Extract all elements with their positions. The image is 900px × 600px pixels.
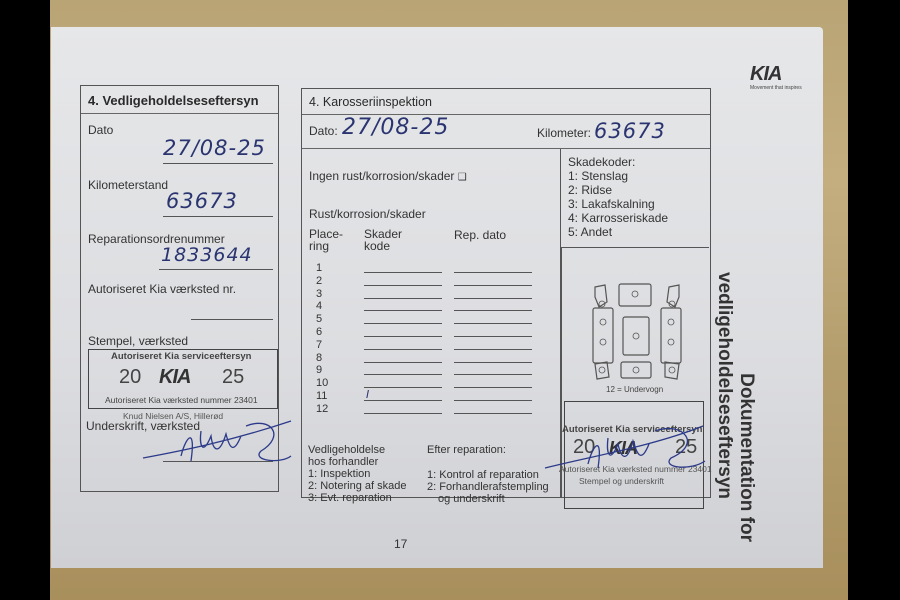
kilometer-value[interactable]: 63673 — [166, 189, 238, 213]
page-number: 17 — [394, 537, 407, 551]
kilometer-field-line — [163, 216, 273, 217]
damage-code-value: I — [366, 388, 370, 401]
repair-date-field[interactable] — [454, 413, 532, 414]
side-title-line-1: Dokumentation for — [735, 272, 757, 572]
date-value[interactable]: 27/08-25 — [342, 115, 449, 140]
row-placement-number: 4 — [316, 300, 322, 312]
stamp-title: Autoriseret Kia serviceeftersyn — [111, 351, 251, 362]
date-label: Dato: — [309, 124, 338, 138]
damage-code-field[interactable] — [364, 310, 442, 311]
maintenance-item: 1: Inspektion — [308, 468, 370, 480]
workshop-number-label: Autoriseret Kia værksted nr. — [88, 282, 236, 296]
signature-scribble — [543, 416, 713, 476]
side-title-line-2: vedligeholdelseseftersyn — [713, 272, 735, 572]
damage-codes-panel: Skadekoder: 1: Stenslag 2: Ridse 3: Laka… — [560, 149, 709, 248]
column-repair-date-header: Rep. dato — [454, 228, 506, 242]
repair-date-field[interactable] — [454, 374, 532, 375]
after-repair-item: 2: Forhandlerafstempling — [427, 481, 549, 493]
after-repair-item: og underskrift — [438, 493, 505, 505]
damage-codes-title: Skadekoder: — [568, 155, 635, 169]
kilometer-label: Kilometerstand — [88, 178, 168, 192]
damage-code-field[interactable] — [364, 272, 442, 273]
row-placement-number: 5 — [316, 313, 322, 325]
stamp-year-left: 20 — [119, 366, 141, 389]
stamp-workshop-number: Autoriseret Kia værksted nummer 23401 — [105, 395, 258, 405]
date-label: Dato — [88, 123, 113, 137]
repair-date-field[interactable] — [454, 272, 532, 273]
side-title: Dokumentation for vedligeholdelsesefters… — [707, 272, 757, 572]
repair-date-field[interactable] — [454, 349, 532, 350]
row-placement-number: 3 — [316, 288, 322, 300]
row-placement-number: 12 — [316, 403, 328, 415]
damage-label: Rust/korrosion/skader — [309, 207, 426, 221]
column-damage-code-header: Skaderkode — [364, 228, 402, 252]
row-placement-number: 8 — [316, 352, 322, 364]
no-damage-checkbox[interactable]: ❑ — [458, 172, 467, 183]
repair-date-field[interactable] — [454, 400, 532, 401]
maintenance-inspection-box: 4. Vedligeholdelseseftersyn Dato 27/08-2… — [80, 85, 279, 492]
damage-code-field[interactable] — [364, 298, 442, 299]
row-placement-number: 1 — [316, 262, 322, 274]
stamp-footer: Stempel og underskrift — [579, 476, 664, 486]
row-placement-number: 9 — [316, 364, 322, 376]
no-damage-label: Ingen rust/korrosion/skader ❑ — [309, 169, 467, 183]
damage-code-field[interactable] — [364, 323, 442, 324]
kilometer-label: Kilometer: — [537, 126, 591, 140]
row-placement-number: 11 — [316, 390, 327, 402]
damage-code-field[interactable] — [364, 349, 442, 350]
service-booklet-page: 4. Vedligeholdelseseftersyn Dato 27/08-2… — [51, 27, 823, 568]
damage-code-item: 5: Andet — [568, 225, 612, 239]
damage-code-item: 3: Lakafskalning — [568, 197, 655, 211]
damage-code-item: 1: Stenslag — [568, 169, 628, 183]
date-field-line — [163, 163, 273, 164]
after-repair-item: 1: Kontrol af reparation — [427, 469, 539, 481]
row-placement-number: 6 — [316, 326, 322, 338]
damage-code-field[interactable] — [364, 336, 442, 337]
damage-code-field[interactable] — [364, 374, 442, 375]
repair-order-value[interactable]: 1833644 — [161, 244, 253, 266]
body-inspection-box: 4. Karosseriinspektion Dato: 27/08-25 Ki… — [301, 88, 711, 498]
brand-tagline: Movement that inspires — [750, 85, 802, 91]
damage-code-field[interactable] — [364, 285, 442, 286]
stamp-label: Stempel, værksted — [88, 334, 188, 348]
damage-code-item: 2: Ridse — [568, 183, 612, 197]
column-placement-header: Place-ring — [309, 228, 343, 252]
repair-date-field[interactable] — [454, 336, 532, 337]
workshop-stamp: Autoriseret Kia serviceeftersyn 20 KIA 2… — [88, 349, 278, 409]
damage-code-field[interactable] — [364, 387, 442, 388]
maintenance-title: Vedligeholdelse — [308, 444, 385, 456]
repair-order-field-line — [159, 269, 273, 270]
workshop-number-line — [191, 319, 273, 320]
damage-code-field[interactable] — [364, 413, 442, 414]
maintenance-subtitle: hos forhandler — [308, 456, 378, 468]
maintenance-item: 3: Evt. reparation — [308, 492, 392, 504]
car-body-diagram-icon — [587, 282, 687, 382]
kia-logo-icon: KIA — [159, 366, 190, 389]
row-placement-number: 10 — [316, 377, 328, 389]
date-value[interactable]: 27/08-25 — [163, 136, 266, 160]
dealer-stamp: Autoriseret Kia serviceeftersyn 20 KIA 2… — [564, 401, 704, 509]
damage-code-field[interactable] — [364, 400, 442, 401]
repair-date-field[interactable] — [454, 285, 532, 286]
stamp-year-right: 25 — [222, 366, 244, 389]
section-title: 4. Vedligeholdelseseftersyn — [88, 93, 259, 108]
repair-date-field[interactable] — [454, 362, 532, 363]
row-placement-number: 7 — [316, 339, 322, 351]
kia-brand-logo: KIA — [750, 63, 781, 86]
repair-date-field[interactable] — [454, 387, 532, 388]
kilometer-value[interactable]: 63673 — [594, 119, 666, 143]
repair-date-field[interactable] — [454, 298, 532, 299]
section-title: 4. Karosseriinspektion — [309, 95, 432, 109]
repair-date-field[interactable] — [454, 310, 532, 311]
damage-code-field[interactable] — [364, 362, 442, 363]
maintenance-item: 2: Notering af skade — [308, 480, 406, 492]
after-repair-title: Efter reparation: — [427, 444, 506, 456]
row-placement-number: 2 — [316, 275, 322, 287]
repair-date-field[interactable] — [454, 323, 532, 324]
damage-code-item: 4: Karrosseriskade — [568, 211, 668, 225]
signature-scribble — [141, 406, 301, 471]
diagram-caption: 12 = Undervogn — [606, 385, 663, 394]
